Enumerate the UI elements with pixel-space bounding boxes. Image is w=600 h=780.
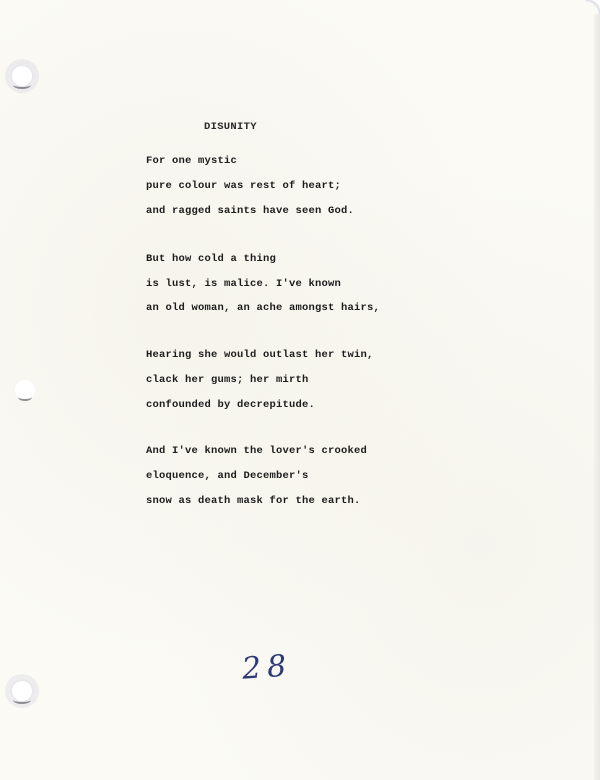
punch-hole-bottom [10,679,34,703]
poem-line: is lust, is malice. I've known [146,278,341,290]
paper-edge [594,0,600,780]
typewritten-page: DISUNITY For one mystic pure colour was … [0,0,600,780]
poem-line: For one mystic [146,155,237,167]
poem-line: an old woman, an ache amongst hairs, [146,302,380,314]
poem-line: eloquence, and December's [146,470,309,482]
poem-line: And I've known the lover's crooked [146,445,367,457]
punch-hole-middle [15,380,35,400]
poem-title: DISUNITY [204,121,257,133]
poem-line: clack her gums; her mirth [146,374,309,386]
poem-line: snow as death mask for the earth. [146,495,361,507]
handwritten-page-number: 28 [241,648,294,686]
poem-line: and ragged saints have seen God. [146,205,354,217]
poem-line: pure colour was rest of heart; [146,180,341,192]
paper-corner [586,0,600,14]
poem-line: confounded by decrepitude. [146,399,315,411]
poem-line: But how cold a thing [146,253,276,265]
poem-line: Hearing she would outlast her twin, [146,349,374,361]
punch-hole-top [10,64,34,88]
